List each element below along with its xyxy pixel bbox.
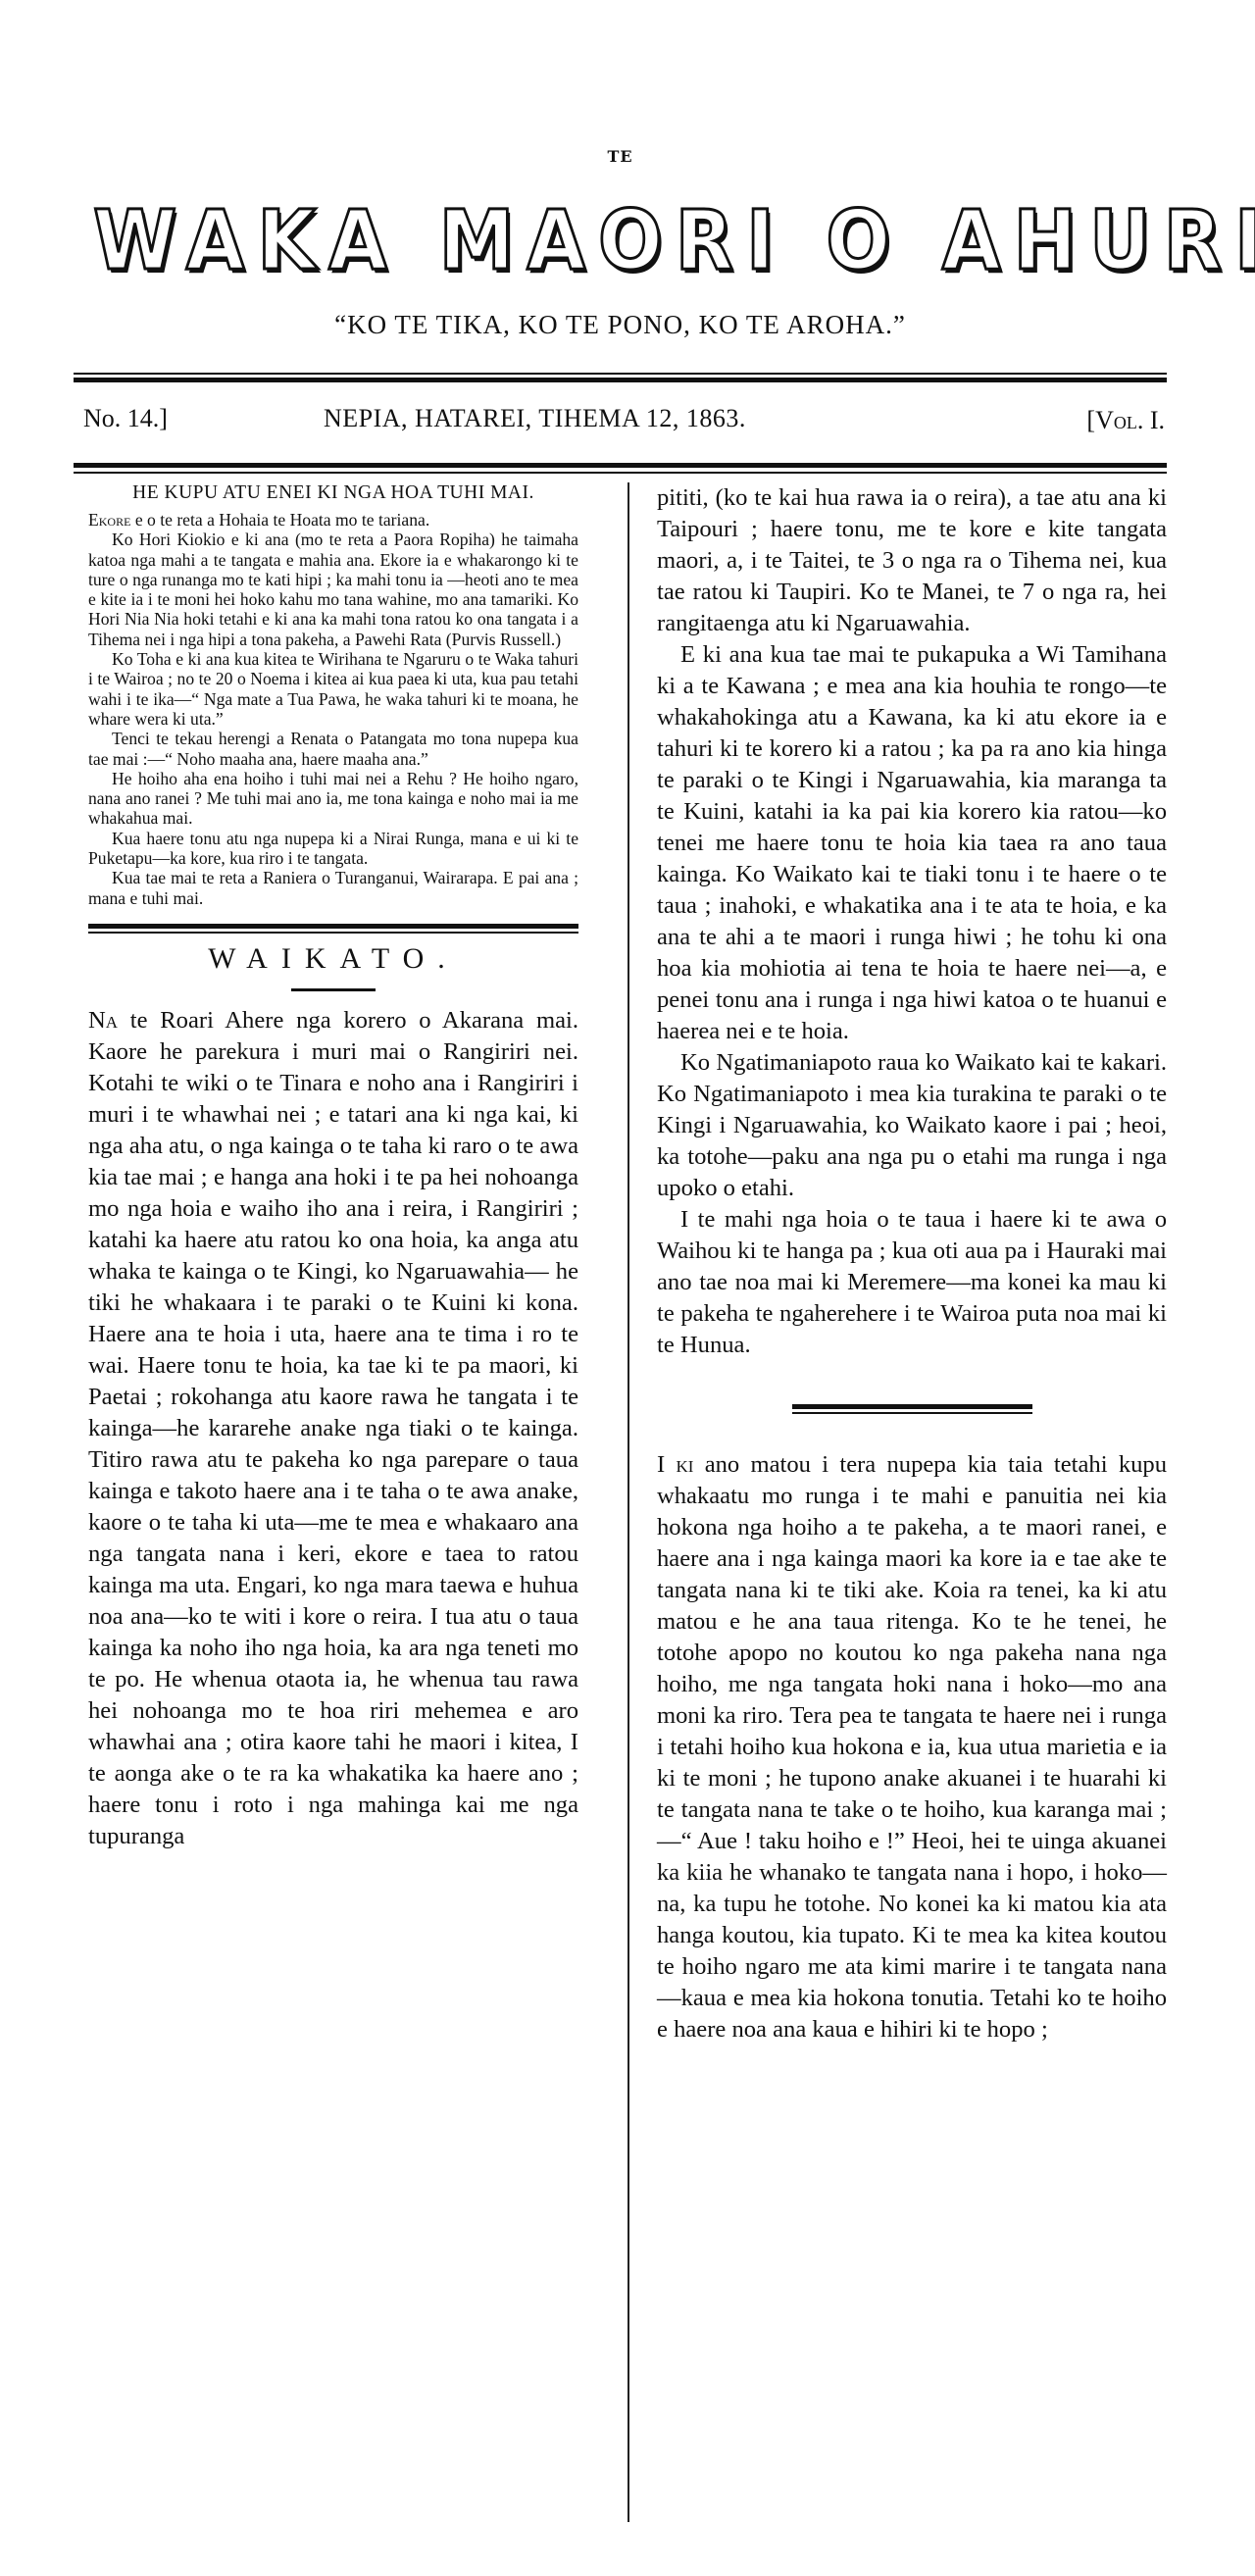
- waikato-paragraph: pititi, (ko te kai hua rawa ia o reira),…: [657, 482, 1167, 639]
- waikato-paragraph: I te mahi nga hoia o te taua i haere ki …: [657, 1204, 1167, 1361]
- notice-paragraph: Kua tae mai te reta a Raniera o Turangan…: [88, 868, 578, 908]
- waikato-paragraph: Na te Roari Ahere nga korero o Akarana m…: [88, 1005, 578, 1852]
- header-rule-bottom: [74, 463, 1167, 474]
- waikato-paragraph: E ki ana kua tae mai te pukapuka a Wi Ta…: [657, 639, 1167, 1047]
- horses-paragraph: I ki ano matou i tera nupepa kia taia te…: [657, 1449, 1167, 2046]
- notice-paragraph: Ekore e o te reta a Hohaia te Hoata mo t…: [88, 510, 578, 530]
- waikato-heading: WAIKATO.: [88, 939, 578, 979]
- notice-body: Ekore e o te reta a Hohaia te Hoata mo t…: [88, 510, 578, 908]
- horses-article: I ki ano matou i tera nupepa kia taia te…: [657, 1449, 1167, 2046]
- left-column: HE KUPU ATU ENEI KI NGA HOA TUHI MAI. Ek…: [88, 482, 578, 1852]
- column-divider: [627, 482, 629, 2522]
- waikato-body-left: Na te Roari Ahere nga korero o Akarana m…: [88, 1005, 578, 1852]
- issue-number: No. 14.]: [83, 404, 168, 433]
- heading-underline: [291, 988, 376, 991]
- dateline: No. 14.] NEPIA, HATAREI, TIHEMA 12, 1863…: [74, 404, 1167, 443]
- notice-paragraph: Ko Hori Kiokio e ki ana (mo te reta a Pa…: [88, 530, 578, 649]
- right-column: pititi, (ko te kai hua rawa ia o reira),…: [657, 482, 1167, 2046]
- section-rule: [88, 924, 578, 934]
- masthead-motto: “KO TE TIKA, KO TE PONO, KO TE AROHA.”: [74, 310, 1167, 340]
- volume-number: [Vol. I.: [1086, 406, 1165, 435]
- issue-date: NEPIA, HATAREI, TIHEMA 12, 1863.: [324, 404, 746, 433]
- notice-paragraph: Kua haere tonu atu nga nupepa ki a Nirai…: [88, 829, 578, 869]
- waikato-paragraph: Ko Ngatimaniapoto raua ko Waikato kai te…: [657, 1047, 1167, 1204]
- notice-paragraph: He hoiho aha ena hoiho i tuhi mai nei a …: [88, 769, 578, 829]
- section-rule: [792, 1404, 1032, 1414]
- notice-heading: HE KUPU ATU ENEI KI NGA HOA TUHI MAI.: [88, 482, 578, 504]
- masthead-title: WAKA MAORI O AHURIRI.: [93, 196, 1085, 284]
- notice-paragraph: Ko Toha e ki ana kua kitea te Wirihana t…: [88, 649, 578, 729]
- waikato-body-right: pititi, (ko te kai hua rawa ia o reira),…: [657, 482, 1167, 1361]
- masthead-te: TE: [74, 147, 1167, 166]
- header-rule-top: [74, 373, 1167, 382]
- notice-paragraph: Tenci te tekau herengi a Renata o Patang…: [88, 729, 578, 769]
